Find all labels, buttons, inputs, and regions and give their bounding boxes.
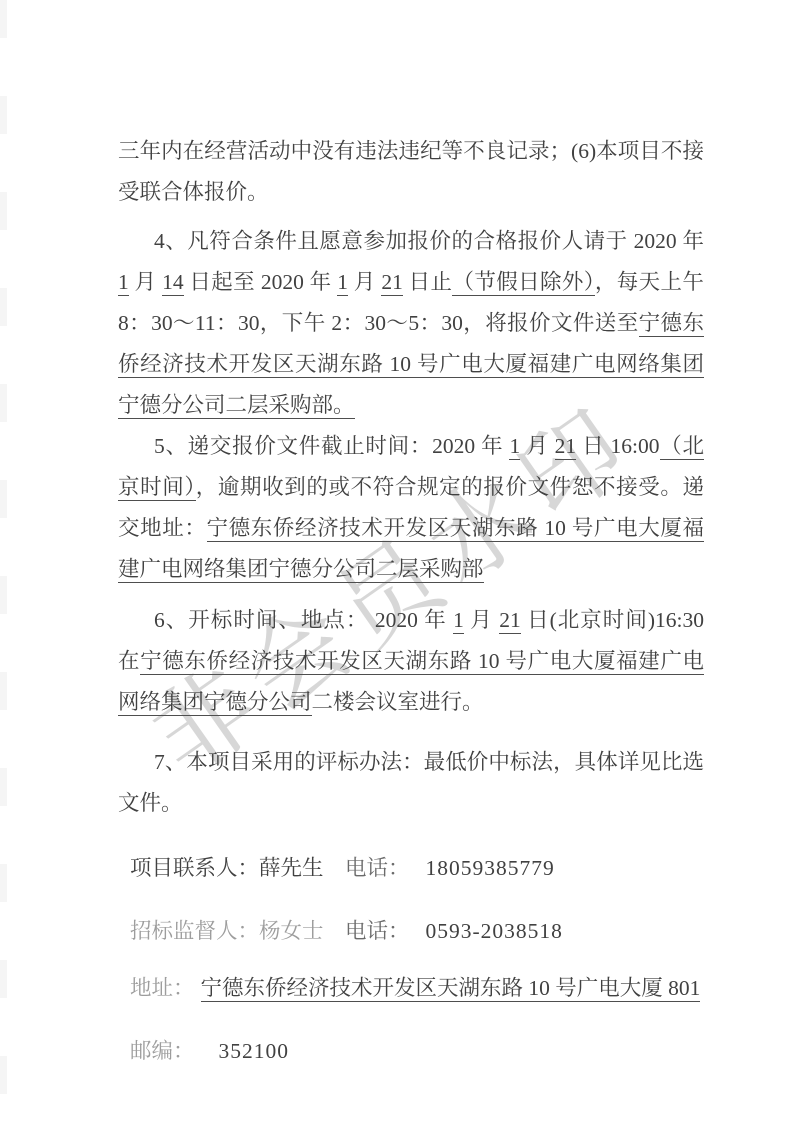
postal-code: 352100	[219, 1039, 290, 1063]
address-label: 地址：	[130, 976, 195, 1000]
clause-7: 7、本项目采用的评标办法：最低价中标法，具体详见比选文件。	[118, 742, 704, 824]
text-run: 月	[129, 270, 162, 294]
underlined-text: 21	[499, 608, 521, 634]
address-value: 宁德东侨经济技术开发区天湖东路 10 号广电大厦 801	[201, 976, 701, 1002]
postal-label: 邮编：	[130, 1039, 195, 1063]
document-content: 三年内在经营活动中没有违法违纪等不良记录；(6)本项目不接受联合体报价。4、凡符…	[118, 131, 704, 1094]
underlined-text: 1	[453, 608, 464, 634]
notice-paragraphs: 三年内在经营活动中没有违法违纪等不良记录；(6)本项目不接受联合体报价。4、凡符…	[118, 131, 704, 824]
postal-row: 邮编：352100	[130, 1031, 704, 1072]
text-run: 4、凡符合条件且愿意参加报价的合格报价人请于 2020 年	[154, 229, 704, 253]
phone-label: 电话：	[345, 856, 410, 880]
underlined-text: 1	[118, 270, 129, 296]
underlined-text: 21	[555, 434, 577, 460]
supervisor-contact-row: 招标监督人：杨女士电话：0593-2038518	[130, 911, 704, 952]
underlined-text: 1	[337, 270, 348, 296]
clause-3-continuation: 三年内在经营活动中没有违法违纪等不良记录；(6)本项目不接受联合体报价。	[118, 131, 704, 213]
project-contact-phone: 18059385779	[426, 856, 555, 880]
clause-6: 6、开标时间、地点： 2020 年 1 月 21 日(北京时间)16:30 在宁…	[118, 600, 704, 723]
clause-5: 5、递交报价文件截止时间：2020 年 1 月 21 日 16:00（北京时间）…	[118, 426, 704, 590]
underlined-text: 21	[381, 270, 403, 296]
underlined-text: 1	[509, 434, 520, 460]
phone-label: 电话：	[345, 919, 410, 943]
address-row: 地址：宁德东侨经济技术开发区天湖东路 10 号广电大厦 801	[130, 968, 704, 1009]
text-run: 6、开标时间、地点： 2020 年	[154, 608, 453, 632]
text-run: 三年内在经营活动中没有违法违纪等不良记录；(6)本项目不接受联合体报价。	[118, 139, 704, 204]
underlined-text: （节假日除外）	[452, 270, 594, 296]
text-run: 日 16:00	[576, 434, 659, 458]
underlined-text: 14	[162, 270, 184, 296]
text-run: 5、递交报价文件截止时间：2020 年	[154, 434, 509, 458]
text-run: 月	[464, 608, 499, 632]
text-run: 二楼会议室进行。	[312, 690, 484, 714]
scan-edge-artifact	[0, 0, 7, 1121]
text-run: 日起至 2020 年	[184, 270, 338, 294]
project-contact-person: 项目联系人：薛先生	[130, 848, 345, 889]
text-run: 月	[348, 270, 381, 294]
contact-section: 项目联系人：薛先生电话：18059385779 招标监督人：杨女士电话：0593…	[118, 848, 704, 1072]
scanned-document-page: 非会员水印 三年内在经营活动中没有违法违纪等不良记录；(6)本项目不接受联合体报…	[0, 0, 793, 1121]
text-run: 月	[520, 434, 554, 458]
project-contact-row: 项目联系人：薛先生电话：18059385779	[130, 848, 704, 889]
supervisor-contact-phone: 0593-2038518	[426, 919, 563, 943]
clause-4: 4、凡符合条件且愿意参加报价的合格报价人请于 2020 年 1 月 14 日起至…	[118, 221, 704, 426]
text-run: 日止	[403, 270, 453, 294]
text-run: 7、本项目采用的评标办法：最低价中标法，具体详见比选文件。	[118, 750, 704, 815]
supervisor-contact-person: 招标监督人：杨女士	[130, 911, 345, 952]
